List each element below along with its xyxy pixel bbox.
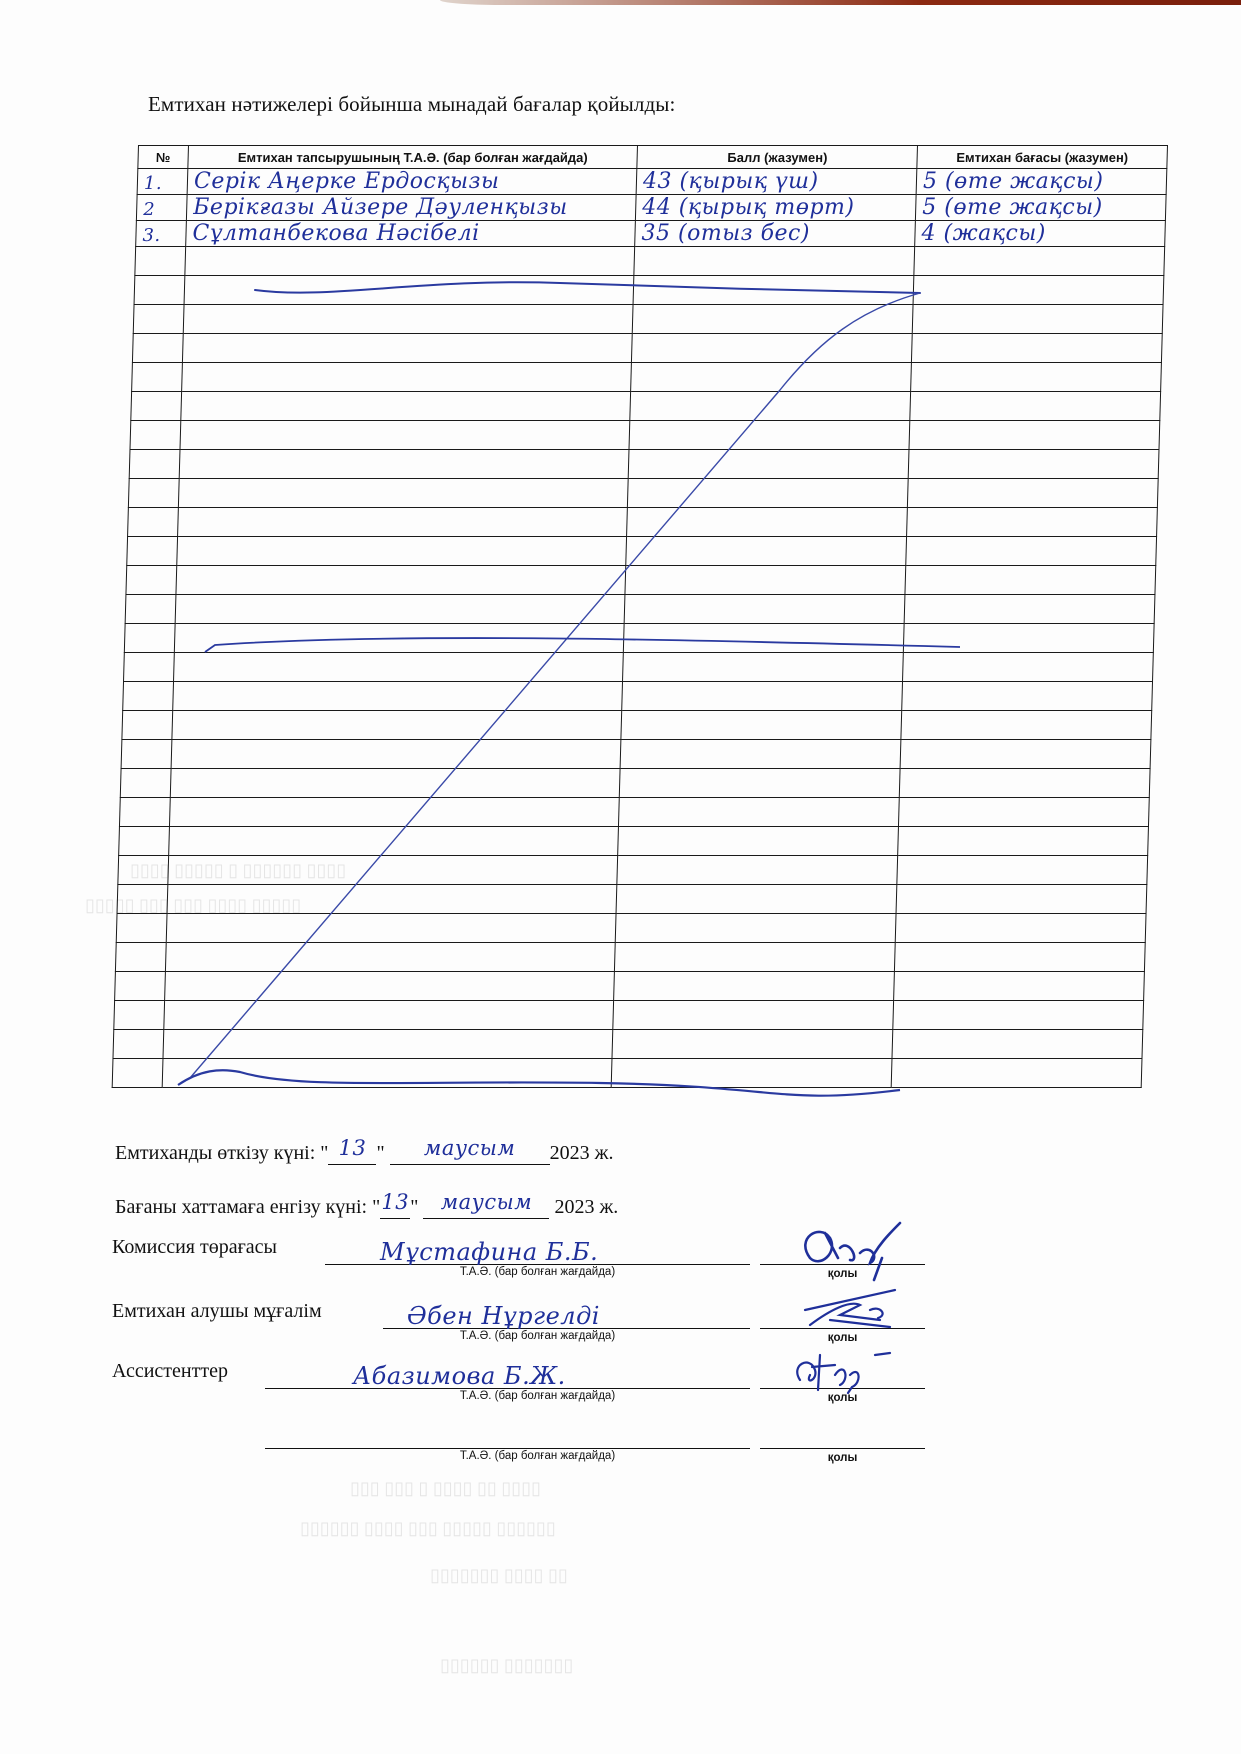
exam-date-year: 2023 ж. xyxy=(550,1142,614,1164)
signature-caption: қолы xyxy=(760,1332,925,1344)
name-caption: Т.А.Ә. (бар болған жағдайда) xyxy=(325,1266,750,1278)
grade-cell xyxy=(893,1001,1144,1030)
student-name-cell xyxy=(174,624,624,653)
score-cell xyxy=(624,624,905,653)
name-caption: Т.А.Ә. (бар болған жағдайда) xyxy=(325,1330,750,1342)
row-number: 1. xyxy=(144,173,162,194)
grade-cell xyxy=(896,885,1147,914)
table-row: 2 Берікғазы Айзере Дәуленқызы 44 (қырық … xyxy=(136,195,1166,221)
row-number-cell xyxy=(132,363,183,392)
score: 35 (отыз бес) xyxy=(642,221,810,246)
empty-table-row xyxy=(124,624,1154,653)
student-name-cell xyxy=(183,305,633,334)
empty-table-row xyxy=(131,392,1161,421)
teacher-label: Емтихан алушы мұғалім xyxy=(112,1300,322,1323)
grade: 4 (жақсы) xyxy=(922,221,1046,246)
row-number-cell xyxy=(127,537,178,566)
grade-cell xyxy=(900,740,1151,769)
quote-open: " xyxy=(320,1142,328,1164)
exam-date-month-field[interactable]: маусым xyxy=(390,1138,550,1165)
grade: 5 (өте жақсы) xyxy=(922,195,1102,220)
bleed-through-mark: ▯▯▯▯▯▯ ▯▯▯▯▯▯▯ xyxy=(440,1655,573,1676)
bleed-through-mark: ▯▯▯▯▯▯ ▯▯▯▯ ▯▯▯ ▯▯▯▯▯ ▯▯▯▯▯▯ xyxy=(300,1518,556,1539)
row-number-cell xyxy=(130,421,181,450)
commission-chair-label: Комиссия төрағасы xyxy=(112,1236,277,1259)
student-name-cell xyxy=(165,943,615,972)
student-name-cell xyxy=(177,508,627,537)
empty-table-row xyxy=(121,740,1151,769)
score-cell xyxy=(620,740,901,769)
extra-assistant-signature-field[interactable] xyxy=(760,1420,925,1449)
row-number-cell xyxy=(124,624,175,653)
column-header-grade: Емтихан бағасы (жазумен) xyxy=(917,146,1167,169)
entry-date-day: 13 xyxy=(381,1190,409,1214)
empty-table-row xyxy=(122,711,1152,740)
student-name-cell xyxy=(169,827,619,856)
empty-table-row xyxy=(132,363,1162,392)
grade-cell xyxy=(904,624,1155,653)
name-caption: Т.А.Ә. (бар болған жағдайда) xyxy=(325,1450,750,1462)
grade-cell xyxy=(895,914,1146,943)
grade-cell xyxy=(892,1030,1143,1059)
row-number-cell xyxy=(120,769,171,798)
empty-table-row xyxy=(125,595,1155,624)
row-number-cell xyxy=(123,682,174,711)
exam-date-month: маусым xyxy=(424,1136,515,1160)
column-header-number: № xyxy=(138,146,189,169)
row-number-cell xyxy=(124,653,175,682)
score-cell xyxy=(627,508,908,537)
score-cell xyxy=(625,566,906,595)
score-cell xyxy=(622,682,903,711)
score-cell xyxy=(614,972,895,1001)
score-cell xyxy=(612,1030,893,1059)
signature-caption: қолы xyxy=(760,1452,925,1464)
grade-cell: 5 (өте жақсы) xyxy=(916,169,1167,195)
grade-cell xyxy=(901,711,1152,740)
column-header-score: Балл (жазумен) xyxy=(637,146,918,169)
exam-date-day-field[interactable]: 13 xyxy=(328,1138,376,1165)
grade-cell xyxy=(905,566,1156,595)
row-number-cell xyxy=(129,450,180,479)
empty-table-row xyxy=(128,508,1158,537)
teacher-name-field[interactable]: Әбен Нұргелді xyxy=(383,1300,750,1329)
assistants-name: Абазимова Б.Ж. xyxy=(353,1362,566,1390)
student-name-cell xyxy=(180,421,630,450)
score-cell xyxy=(616,914,897,943)
empty-table-row xyxy=(115,972,1145,1001)
row-number-cell: 3. xyxy=(136,221,187,247)
score-cell xyxy=(628,479,909,508)
score-cell xyxy=(616,885,897,914)
student-name: Серік Аңерке Ердосқызы xyxy=(194,169,499,194)
score-cell xyxy=(630,392,911,421)
student-name-cell xyxy=(185,247,635,276)
grade-cell xyxy=(902,682,1153,711)
score-cell xyxy=(617,856,898,885)
results-heading: Емтихан нәтижелері бойынша мынадай бағал… xyxy=(148,92,675,117)
score-cell xyxy=(618,827,899,856)
assistants-label: Ассистенттер xyxy=(112,1360,228,1383)
student-name-cell xyxy=(165,972,615,1001)
score-cell: 35 (отыз бес) xyxy=(635,221,916,247)
grade-cell xyxy=(894,972,1145,1001)
score-cell xyxy=(634,247,915,276)
score: 44 (қырық төрт) xyxy=(643,195,855,220)
score-cell xyxy=(620,769,901,798)
student-name-cell xyxy=(168,856,618,885)
table-row: 1. Серік Аңерке Ердосқызы 43 (қырық үш) … xyxy=(137,169,1167,195)
empty-table-row xyxy=(132,334,1162,363)
empty-table-row xyxy=(117,885,1147,914)
grade-cell xyxy=(911,363,1162,392)
row-number-cell xyxy=(118,856,169,885)
row-number-cell xyxy=(131,392,182,421)
results-table: № Емтихан тапсырушының Т.А.Ә. (бар болға… xyxy=(112,145,1168,1088)
bleed-through-mark: ▯▯▯▯▯▯▯ ▯▯▯▯ ▯▯ xyxy=(430,1565,568,1586)
row-number-cell xyxy=(119,798,170,827)
row-number-cell xyxy=(119,827,170,856)
student-name-cell xyxy=(177,537,627,566)
exam-date-label: Емтиханды өткізу күні: xyxy=(115,1142,315,1164)
row-number-cell: 1. xyxy=(137,169,188,195)
entry-date-month: маусым xyxy=(441,1190,532,1214)
entry-date-year: 2023 ж. xyxy=(554,1196,618,1218)
grade-cell xyxy=(912,334,1163,363)
grade-cell xyxy=(912,305,1163,334)
exam-date-day: 13 xyxy=(339,1136,367,1160)
entry-date-month-field[interactable]: маусым xyxy=(423,1192,549,1219)
empty-table-row xyxy=(118,856,1148,885)
row-number: 2 xyxy=(143,199,155,220)
bleed-through-mark: ▯▯▯ ▯▯▯ ▯ ▯▯▯▯ ▯▯ ▯▯▯▯ xyxy=(350,1478,541,1499)
commission-chair-name-field[interactable]: Мұстафина Б.Б. xyxy=(325,1236,750,1265)
empty-table-row xyxy=(133,305,1163,334)
empty-table-row xyxy=(135,247,1165,276)
score-cell xyxy=(629,450,910,479)
grade-cell xyxy=(910,392,1161,421)
grade-cell xyxy=(895,943,1146,972)
entry-date-line: Бағаны хаттамаға енгізу күні: "13" маусы… xyxy=(115,1192,618,1219)
table-header-row: № Емтихан тапсырушының Т.А.Ә. (бар болға… xyxy=(138,146,1168,169)
student-name-cell xyxy=(163,1030,613,1059)
row-number-cell xyxy=(116,914,167,943)
student-name-cell xyxy=(169,798,619,827)
score-cell xyxy=(612,1059,893,1088)
row-number-cell xyxy=(112,1059,163,1088)
grade-cell xyxy=(914,247,1165,276)
score-cell xyxy=(621,711,902,740)
empty-table-row xyxy=(120,769,1150,798)
student-name-cell xyxy=(162,1059,612,1088)
row-number-cell xyxy=(128,479,179,508)
empty-table-row xyxy=(127,537,1157,566)
student-name-cell xyxy=(182,334,632,363)
empty-table-row xyxy=(129,450,1159,479)
score-cell xyxy=(619,798,900,827)
commission-chair-name: Мұстафина Б.Б. xyxy=(380,1238,598,1266)
quote-close: " xyxy=(410,1196,418,1218)
score-cell xyxy=(633,276,914,305)
entry-date-label: Бағаны хаттамаға енгізу күні: xyxy=(115,1196,367,1218)
student-name-cell xyxy=(167,885,617,914)
grade-cell xyxy=(906,537,1157,566)
signature-mark-icon xyxy=(790,1218,910,1288)
empty-table-row xyxy=(115,943,1145,972)
student-name-cell xyxy=(181,392,631,421)
grade-cell xyxy=(903,653,1154,682)
student-name-cell xyxy=(179,450,629,479)
student-name-cell: Сұлтанбекова Нәсібелі xyxy=(186,221,636,247)
student-name-cell xyxy=(171,740,621,769)
grade-cell xyxy=(899,798,1150,827)
teacher-name: Әбен Нұргелді xyxy=(407,1302,600,1330)
grade: 5 (өте жақсы) xyxy=(923,169,1103,194)
row-number: 3. xyxy=(142,225,160,246)
row-number-cell xyxy=(114,1001,165,1030)
empty-table-row xyxy=(114,1001,1144,1030)
row-number-cell: 2 xyxy=(136,195,187,221)
score-cell xyxy=(624,595,905,624)
row-number-cell xyxy=(133,305,184,334)
grade-cell xyxy=(899,769,1150,798)
student-name: Берікғазы Айзере Дәуленқызы xyxy=(193,195,567,220)
empty-table-row xyxy=(119,798,1149,827)
name-caption: Т.А.Ә. (бар болған жағдайда) xyxy=(325,1390,750,1402)
grade-cell xyxy=(897,856,1148,885)
student-name-cell xyxy=(172,711,622,740)
student-name-cell xyxy=(170,769,620,798)
student-name-cell: Серік Аңерке Ердосқызы xyxy=(187,169,637,195)
score: 43 (қырық үш) xyxy=(643,169,819,194)
student-name-cell xyxy=(173,682,623,711)
student-name-cell xyxy=(176,566,626,595)
score-cell: 43 (қырық үш) xyxy=(636,169,917,195)
signature-mark-icon xyxy=(790,1345,900,1395)
row-number-cell xyxy=(126,566,177,595)
student-name-cell xyxy=(173,653,623,682)
empty-table-row xyxy=(123,682,1153,711)
assistants-name-field[interactable]: Абазимова Б.Ж. xyxy=(265,1360,750,1389)
grade-cell xyxy=(898,827,1149,856)
row-number-cell xyxy=(117,885,168,914)
empty-table-row xyxy=(113,1030,1143,1059)
table-row: 3. Сұлтанбекова Нәсібелі 35 (отыз бес) 4… xyxy=(136,221,1166,247)
grade-cell xyxy=(891,1059,1142,1088)
entry-date-day-field[interactable]: 13 xyxy=(380,1192,410,1219)
row-number-cell xyxy=(135,247,186,276)
student-name-cell xyxy=(166,914,616,943)
row-number-cell xyxy=(132,334,183,363)
score-cell xyxy=(632,334,913,363)
column-header-name: Емтихан тапсырушының Т.А.Ә. (бар болған … xyxy=(188,146,638,169)
grade-cell xyxy=(904,595,1155,624)
empty-table-row xyxy=(116,914,1146,943)
empty-table-row xyxy=(130,421,1160,450)
score-cell xyxy=(626,537,907,566)
student-name-cell xyxy=(182,363,632,392)
empty-table-row xyxy=(134,276,1164,305)
quote-open: " xyxy=(372,1196,380,1218)
student-name-cell xyxy=(164,1001,614,1030)
empty-table-row xyxy=(112,1059,1142,1088)
score-cell xyxy=(623,653,904,682)
student-name-cell xyxy=(178,479,628,508)
score-cell xyxy=(613,1001,894,1030)
grade-cell xyxy=(908,450,1159,479)
grade-cell: 4 (жақсы) xyxy=(915,221,1166,247)
grade-cell xyxy=(908,479,1159,508)
grade-cell: 5 (өте жақсы) xyxy=(916,195,1167,221)
signature-mark-icon xyxy=(800,1285,900,1330)
scan-edge-strip xyxy=(440,0,1241,5)
extra-assistant-name-field[interactable] xyxy=(265,1420,750,1449)
student-name: Сұлтанбекова Нәсібелі xyxy=(192,221,479,246)
quote-close: " xyxy=(376,1142,384,1164)
student-name-cell xyxy=(175,595,625,624)
empty-table-row xyxy=(128,479,1158,508)
student-name-cell: Берікғазы Айзере Дәуленқызы xyxy=(186,195,636,221)
score-cell xyxy=(615,943,896,972)
exam-date-line: Емтиханды өткізу күні: "13" маусым2023 ж… xyxy=(115,1138,613,1165)
student-name-cell xyxy=(184,276,634,305)
row-number-cell xyxy=(115,972,166,1001)
grade-cell xyxy=(907,508,1158,537)
score-cell xyxy=(629,421,910,450)
empty-table-row xyxy=(126,566,1156,595)
grade-cell xyxy=(913,276,1164,305)
empty-table-row xyxy=(124,653,1154,682)
score-cell xyxy=(633,305,914,334)
score-cell: 44 (қырық төрт) xyxy=(636,195,917,221)
empty-table-row xyxy=(119,827,1149,856)
row-number-cell xyxy=(122,711,173,740)
row-number-cell xyxy=(121,740,172,769)
row-number-cell xyxy=(113,1030,164,1059)
grade-cell xyxy=(909,421,1160,450)
row-number-cell xyxy=(125,595,176,624)
row-number-cell xyxy=(128,508,179,537)
row-number-cell xyxy=(134,276,185,305)
row-number-cell xyxy=(115,943,166,972)
score-cell xyxy=(631,363,912,392)
